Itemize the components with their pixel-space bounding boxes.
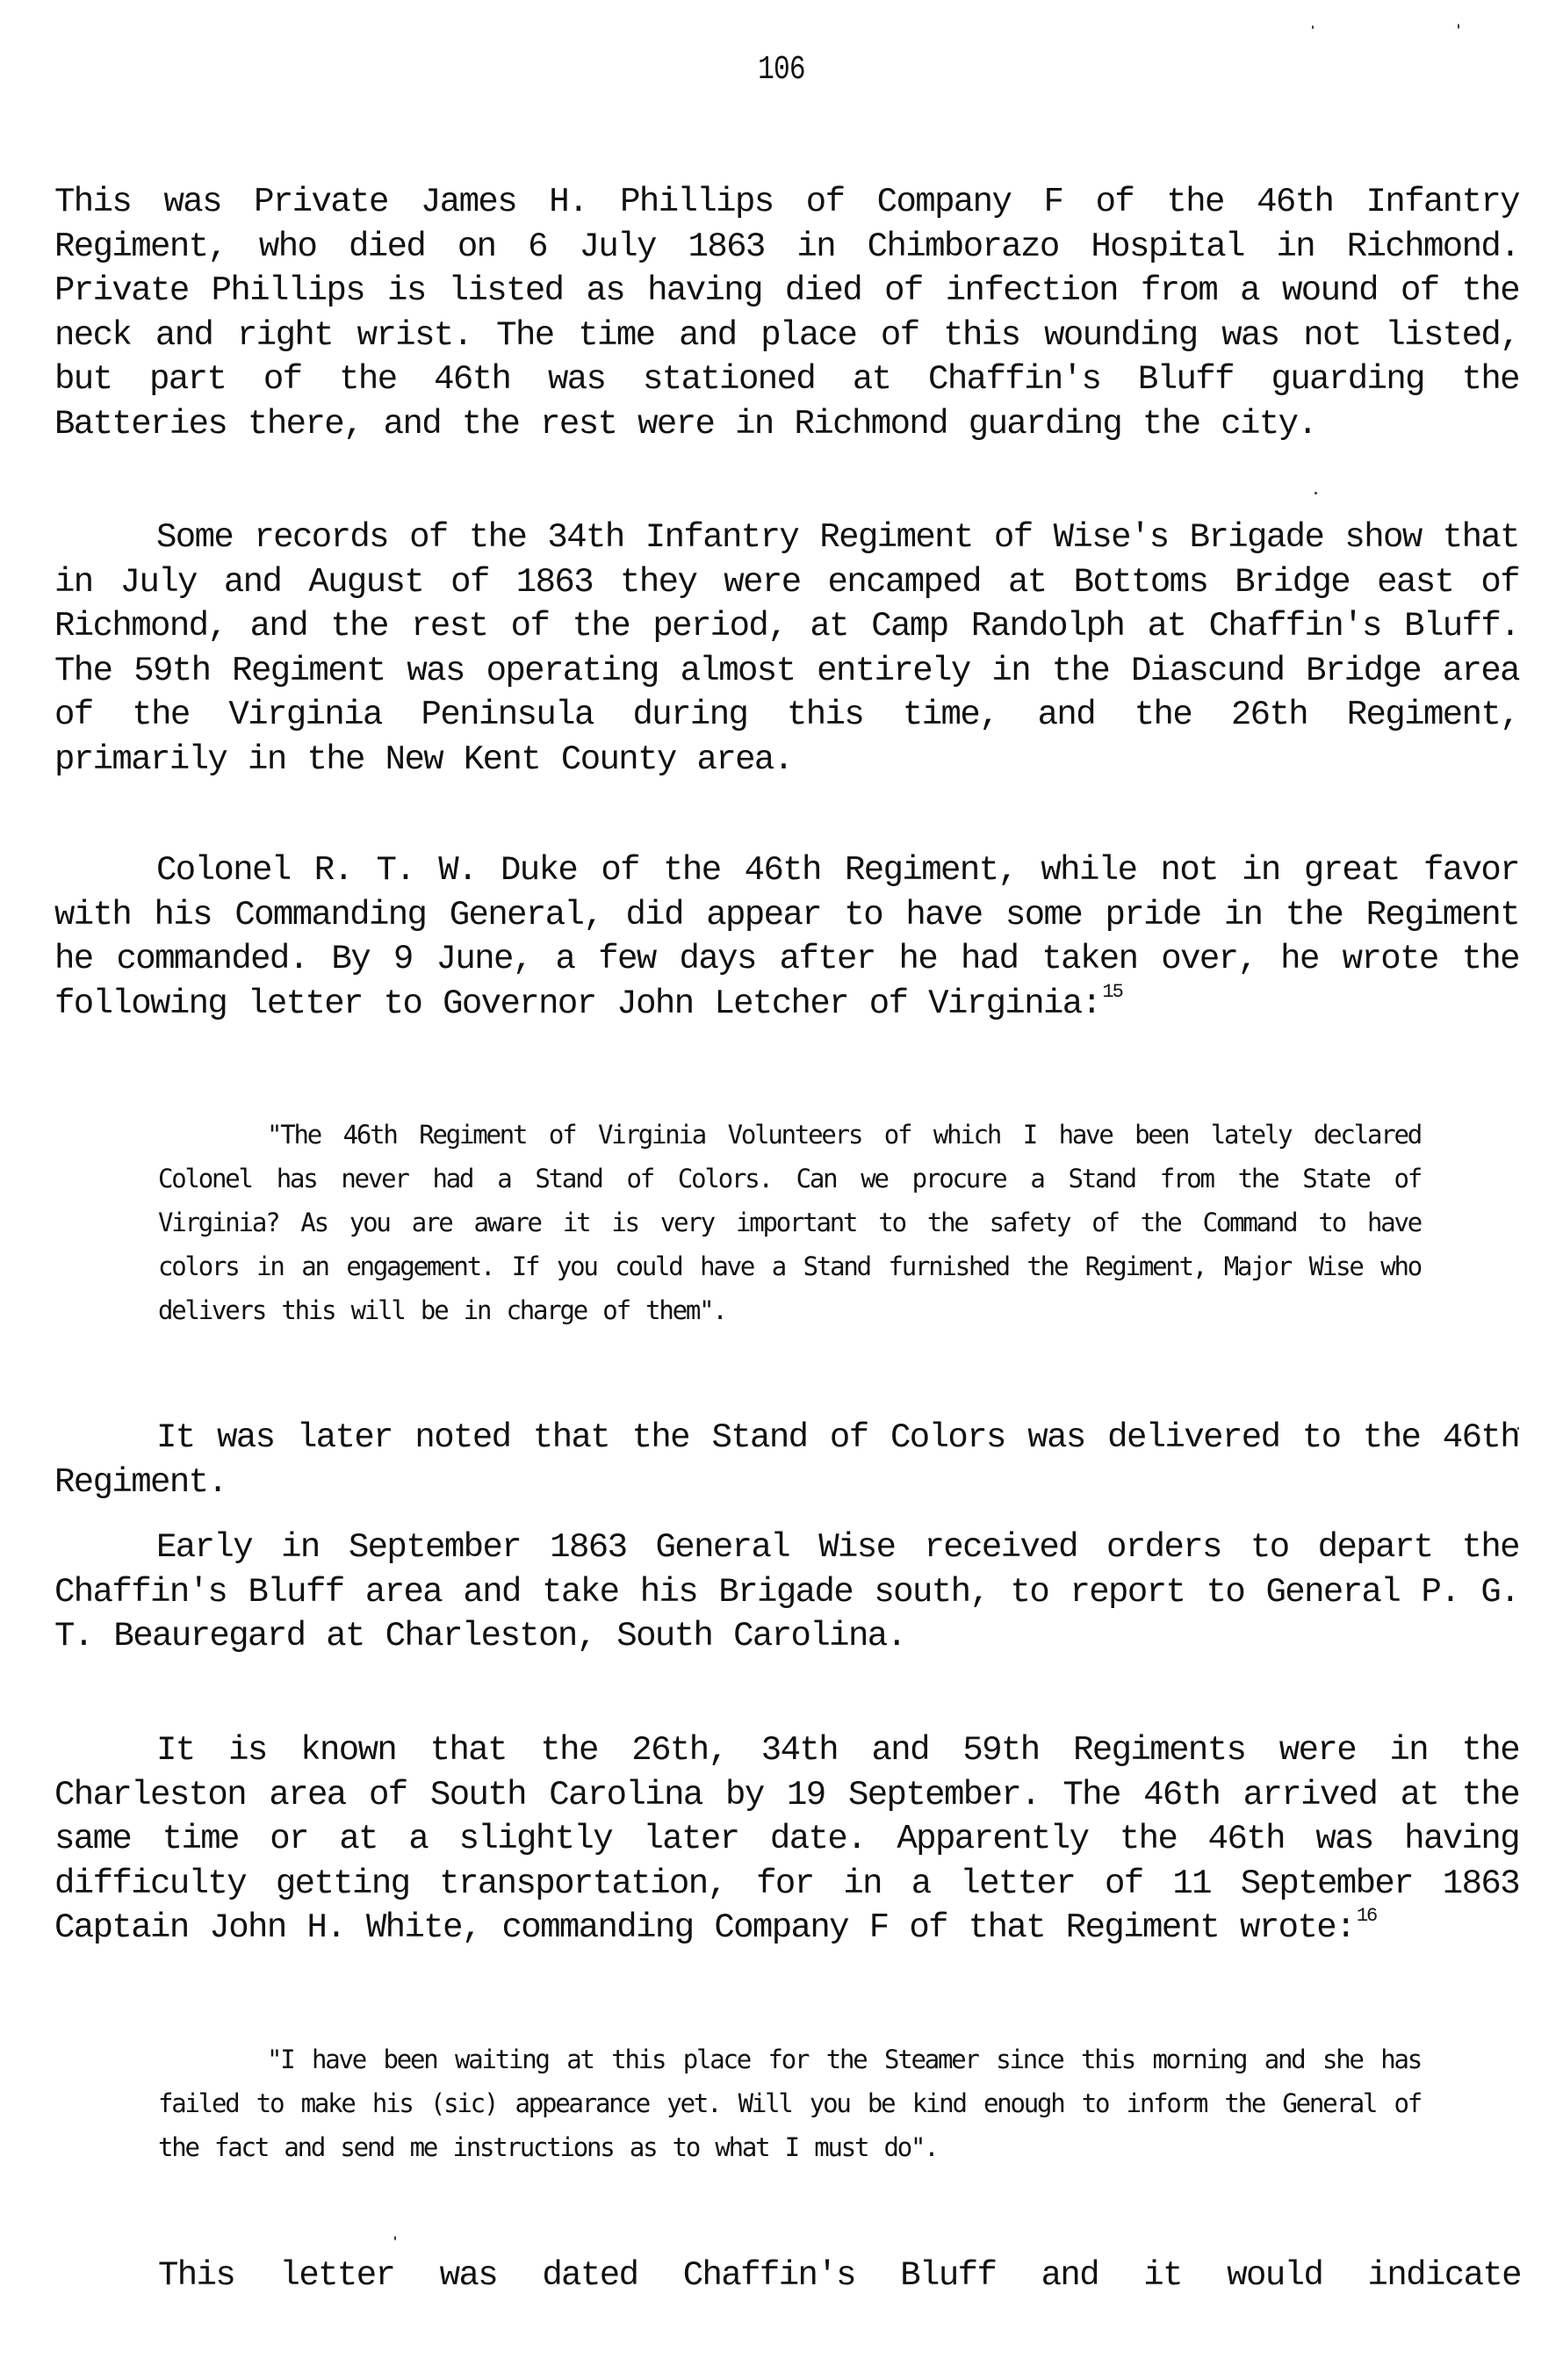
scan-speck xyxy=(394,2236,396,2240)
paragraph-34th-regiment: Some records of the 34th Infantry Regime… xyxy=(54,516,1519,782)
footnote-marker-16[interactable]: 16 xyxy=(1357,1905,1376,1927)
scan-speck xyxy=(1517,1427,1519,1430)
block-quote-duke-letter: "The 46th Regiment of Virginia Volunteer… xyxy=(158,1113,1421,1332)
paragraph-colonel-duke: Colonel R. T. W. Duke of the 46th Regime… xyxy=(54,848,1519,1026)
paragraph-letter-dated: This letter was dated Chaffin's Bluff an… xyxy=(158,2254,1521,2297)
paragraph-text: Early in September 1863 General Wise rec… xyxy=(54,1528,1519,1655)
paragraph-text: This letter was dated Chaffin's Bluff an… xyxy=(158,2256,1521,2295)
paragraph-stand-of-colors: It was later noted that the Stand of Col… xyxy=(54,1416,1519,1504)
page-number: 106 xyxy=(140,51,1423,89)
scan-speck xyxy=(1458,24,1459,29)
paragraph-text: Colonel R. T. W. Duke of the 46th Regime… xyxy=(54,851,1519,1023)
paragraph-charleston-arrival: It is known that the 26th, 34th and 59th… xyxy=(54,1728,1519,1951)
block-quote-white-letter: "I have been waiting at this place for t… xyxy=(158,2037,1421,2169)
paragraph-phillips: This was Private James H. Phillips of Co… xyxy=(54,180,1519,446)
quote-text: "The 46th Regiment of Virginia Volunteer… xyxy=(158,1120,1421,1325)
footnote-marker-15[interactable]: 15 xyxy=(1102,981,1121,1003)
document-page: 106 This was Private James H. Phillips o… xyxy=(0,0,1563,2380)
scan-speck xyxy=(1312,25,1314,29)
paragraph-text: It was later noted that the Stand of Col… xyxy=(54,1418,1519,1502)
scan-speck xyxy=(1315,492,1317,494)
paragraph-september-orders: Early in September 1863 General Wise rec… xyxy=(54,1525,1519,1659)
paragraph-text: This was Private James H. Phillips of Co… xyxy=(54,183,1519,444)
quote-text: "I have been waiting at this place for t… xyxy=(158,2045,1421,2162)
paragraph-text: Some records of the 34th Infantry Regime… xyxy=(54,518,1519,779)
paragraph-text: It is known that the 26th, 34th and 59th… xyxy=(54,1731,1519,1947)
